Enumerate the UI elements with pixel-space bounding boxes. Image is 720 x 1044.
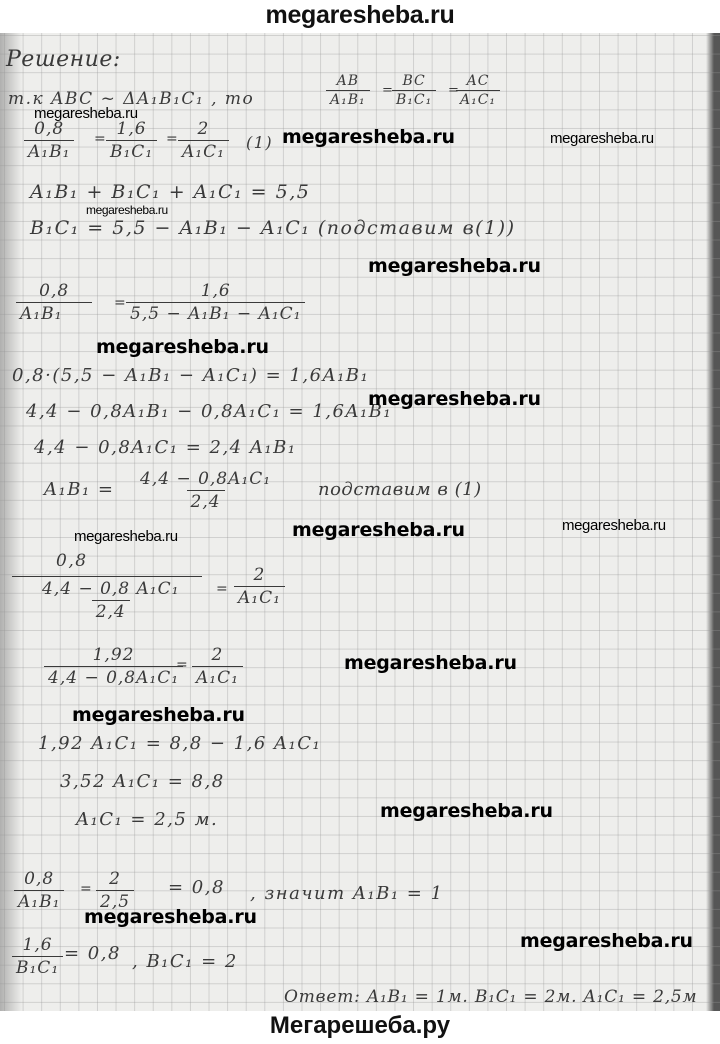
eq2-right: 1,6 5,5 − A₁B₁ − A₁C₁ <box>126 281 305 324</box>
site-watermark-top: megaresheba.ru <box>0 0 720 33</box>
eq1-frac-ab: 0,8 A₁B₁ <box>24 119 74 162</box>
check1-value: = 0,8 <box>168 877 225 898</box>
answer-line: Ответ: A₁B₁ = 1м. B₁C₁ = 2м. A₁C₁ = 2,5м <box>284 987 697 1007</box>
solution-heading: Решение: <box>6 47 121 72</box>
eq2-left: 0,8 A₁B₁ <box>16 281 92 324</box>
watermark: megaresheba.ru <box>520 930 693 952</box>
eq4-left: 1,92 4,4 − 0,8A₁C₁ <box>44 645 183 688</box>
watermark: megaresheba.ru <box>380 800 553 822</box>
substitute-note: подставим в (1) <box>318 479 482 500</box>
watermark: megaresheba.ru <box>34 105 138 122</box>
eq3-inner-fraction: 4,4 − 0,8 A₁C₁ 2,4 <box>38 579 183 622</box>
eq3-outer-numerator: 0,8 <box>56 551 88 571</box>
eq3-right: 2 A₁C₁ <box>234 565 285 608</box>
step-distribute: 0,8·(5,5 − A₁B₁ − A₁C₁) = 1,6A₁B₁ <box>12 365 369 386</box>
equals-sign: = <box>216 581 229 597</box>
watermark: megaresheba.ru <box>292 519 465 541</box>
watermark: megaresheba.ru <box>86 203 168 217</box>
notebook-page: Решение: т.к ABC ~ ΔA₁B₁C₁ , то AB A₁B₁ … <box>0 33 720 1011</box>
eq4-right: 2 A₁C₁ <box>192 645 243 688</box>
step-collect: 4,4 − 0,8A₁C₁ = 2,4 A₁B₁ <box>34 437 297 458</box>
watermark: megaresheba.ru <box>84 906 257 928</box>
watermark: megaresheba.ru <box>72 704 245 726</box>
eq1-frac-ac: 2 A₁C₁ <box>178 119 229 162</box>
step-expand: 4,4 − 0,8A₁B₁ − 0,8A₁C₁ = 1,6A₁B₁ <box>26 401 392 422</box>
equals-sign: = <box>80 881 93 897</box>
watermark: megaresheba.ru <box>344 652 517 674</box>
watermark: megaresheba.ru <box>74 528 178 545</box>
watermark: megaresheba.ru <box>550 130 654 147</box>
ratio-ab: AB A₁B₁ <box>326 73 370 108</box>
ab-expression-fraction: 4,4 − 0,8A₁C₁ 2,4 <box>136 469 275 512</box>
fraction-bar <box>12 576 202 577</box>
ab-expression-lhs: A₁B₁ = <box>44 479 114 500</box>
eq1-frac-bc: 1,6 B₁C₁ <box>106 119 157 162</box>
watermark: megaresheba.ru <box>368 255 541 277</box>
watermark: megaresheba.ru <box>562 517 666 534</box>
ratio-ac: AC A₁C₁ <box>456 73 500 108</box>
equation-label: (1) <box>246 133 273 152</box>
check2-frac-bc: 1,6 B₁C₁ <box>12 935 63 978</box>
check2-conclusion: , B₁C₁ = 2 <box>132 951 238 972</box>
perimeter-equation: A₁B₁ + B₁C₁ + A₁C₁ = 5,5 <box>30 181 310 203</box>
bc-expression: B₁C₁ = 5,5 − A₁B₁ − A₁C₁ (подставим в(1)… <box>30 217 515 239</box>
step-combine: 3,52 A₁C₁ = 8,8 <box>60 771 225 792</box>
watermark: megaresheba.ru <box>282 126 455 148</box>
step-cross-multiply: 1,92 A₁C₁ = 8,8 − 1,6 A₁C₁ <box>38 733 321 754</box>
watermark: megaresheba.ru <box>96 336 269 358</box>
check2-value: = 0,8 <box>64 943 121 964</box>
watermark: megaresheba.ru <box>368 388 541 410</box>
ratio-bc: BC B₁C₁ <box>392 73 436 108</box>
check1-frac-ab: 0,8 A₁B₁ <box>14 869 64 912</box>
check1-conclusion: , значит A₁B₁ = 1 <box>250 883 444 904</box>
equals-sign: = <box>176 657 189 673</box>
site-watermark-bottom: Мегарешеба.ру <box>0 1011 720 1044</box>
result-ac: A₁C₁ = 2,5 м. <box>76 809 218 830</box>
